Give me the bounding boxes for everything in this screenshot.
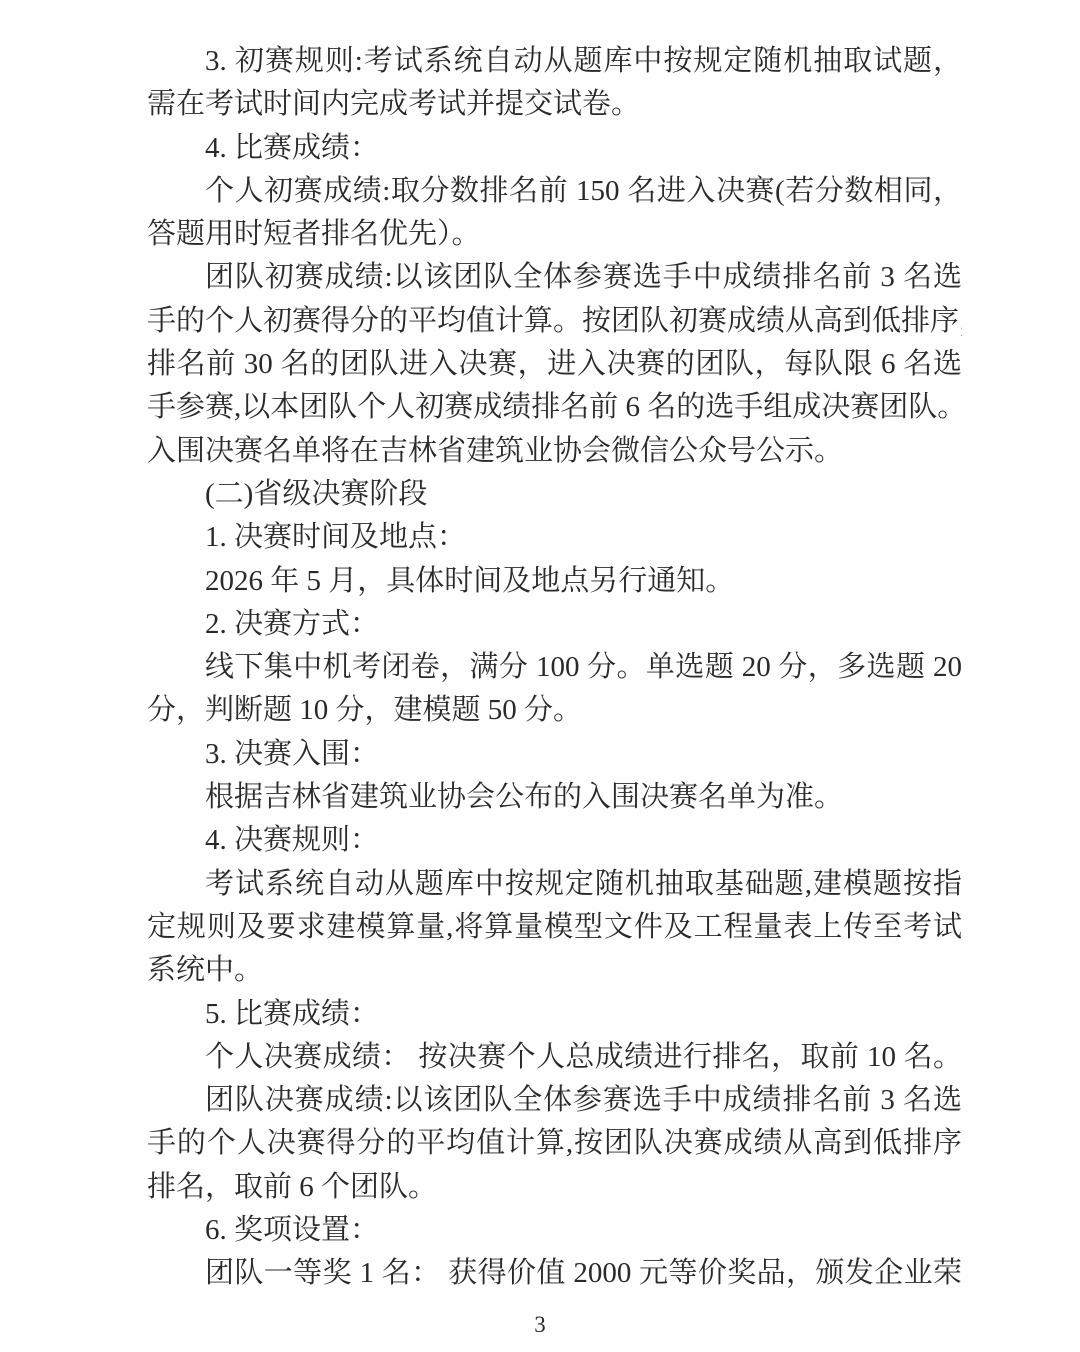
text-line: 答题用时短者排名优先）。 xyxy=(147,213,962,256)
text-line: 2026 年 5 月，具体时间及地点另行通知。 xyxy=(147,560,962,603)
text-line: 考试系统自动从题库中按规定随机抽取基础题,建模题按指 xyxy=(147,863,962,906)
text-line: 团队决赛成绩:以该团队全体参赛选手中成绩排名前 3 名选 xyxy=(147,1079,962,1122)
text-line: 4. 比赛成绩： xyxy=(147,127,962,170)
text-line: 根据吉林省建筑业协会公布的入围决赛名单为准。 xyxy=(147,776,962,819)
text-line: 手的个人决赛得分的平均值计算,按团队决赛成绩从高到低排序 xyxy=(147,1122,962,1165)
text-line: 1. 决赛时间及地点： xyxy=(147,516,962,559)
text-line: 2. 决赛方式： xyxy=(147,603,962,646)
text-line: 入围决赛名单将在吉林省建筑业协会微信公众号公示。 xyxy=(147,430,962,473)
document-page: 3. 初赛规则:考试系统自动从题库中按规定随机抽取试题，需在考试时间内完成考试并… xyxy=(0,0,1080,1352)
text-line: 个人决赛成绩： 按决赛个人总成绩进行排名，取前 10 名。 xyxy=(147,1036,962,1079)
text-line: 系统中。 xyxy=(147,949,962,992)
page-number: 3 xyxy=(0,1310,1080,1340)
document-body: 3. 初赛规则:考试系统自动从题库中按规定随机抽取试题，需在考试时间内完成考试并… xyxy=(147,40,962,1296)
text-line: 3. 初赛规则:考试系统自动从题库中按规定随机抽取试题， xyxy=(147,40,962,83)
text-line: 6. 奖项设置： xyxy=(147,1209,962,1252)
text-line: 团队一等奖 1 名： 获得价值 2000 元等价奖品，颁发企业荣 xyxy=(147,1252,962,1295)
text-line: 个人初赛成绩:取分数排名前 150 名进入决赛(若分数相同， xyxy=(147,170,962,213)
text-line: 手的个人初赛得分的平均值计算。按团队初赛成绩从高到低排序， xyxy=(147,300,962,343)
text-line: (二)省级决赛阶段 xyxy=(147,473,962,516)
text-line: 3. 决赛入围： xyxy=(147,733,962,776)
text-line: 5. 比赛成绩： xyxy=(147,993,962,1036)
text-line: 排名前 30 名的团队进入决赛，进入决赛的团队，每队限 6 名选 xyxy=(147,343,962,386)
text-line: 团队初赛成绩:以该团队全体参赛选手中成绩排名前 3 名选 xyxy=(147,256,962,299)
text-line: 手参赛,以本团队个人初赛成绩排名前 6 名的选手组成决赛团队。 xyxy=(147,386,962,429)
text-line: 分，判断题 10 分，建模题 50 分。 xyxy=(147,689,962,732)
text-line: 线下集中机考闭卷，满分 100 分。单选题 20 分，多选题 20 xyxy=(147,646,962,689)
text-line: 4. 决赛规则： xyxy=(147,819,962,862)
text-line: 定规则及要求建模算量,将算量模型文件及工程量表上传至考试 xyxy=(147,906,962,949)
text-line: 需在考试时间内完成考试并提交试卷。 xyxy=(147,83,962,126)
text-line: 排名，取前 6 个团队。 xyxy=(147,1166,962,1209)
